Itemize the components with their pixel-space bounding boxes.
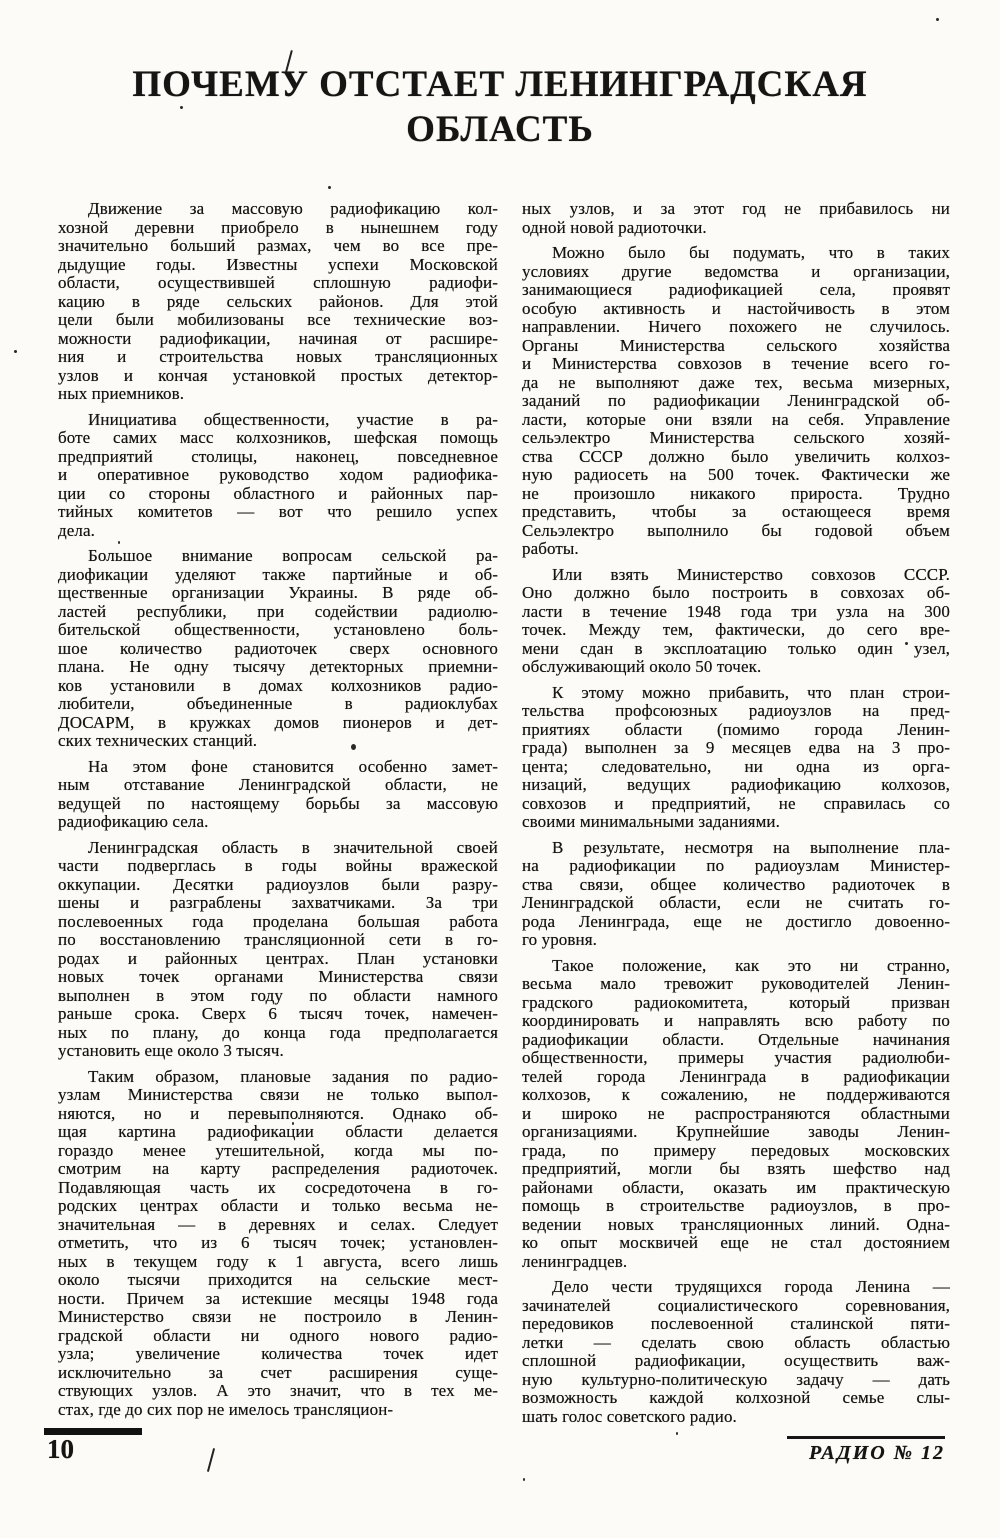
paragraph: Большое внимание вопросам сельской ра-ди… bbox=[58, 547, 498, 751]
text-line: няются, но и перевыполняются. Однако об- bbox=[58, 1105, 498, 1124]
text-line: Таким образом, плановые задания по радио… bbox=[58, 1068, 498, 1087]
text-line: ных приемников. bbox=[58, 385, 498, 404]
text-line: возможность каждой колхозной семье слы- bbox=[522, 1389, 950, 1408]
text-line: организациями. Крупнейшие заводы Ленин- bbox=[522, 1123, 950, 1142]
article-title-line-2: ОБЛАСТЬ bbox=[0, 107, 1000, 152]
text-line: установить еще около 3 тысяч. bbox=[58, 1042, 498, 1061]
paragraph: Ленинградская область в значительной сво… bbox=[58, 839, 498, 1061]
text-line: родских центрах области и только весьма … bbox=[58, 1197, 498, 1216]
text-line: и Министерства совхозов в течение всего … bbox=[522, 355, 950, 374]
text-line: ных узлов, и за этот год не прибавилось … bbox=[522, 200, 950, 219]
text-line: и широко не распространяются областными bbox=[522, 1105, 950, 1124]
text-line: районами области, оказать им практическу… bbox=[522, 1179, 950, 1198]
text-line: ласти, которые они взяли на себя. Управл… bbox=[522, 411, 950, 430]
text-line: исключительно за счет расширения суще- bbox=[58, 1364, 498, 1383]
text-line: по восстановлению трансляционной сети в … bbox=[58, 931, 498, 950]
text-line: ную радиосеть на 500 точек. Фактически ж… bbox=[522, 466, 950, 485]
text-line: ным отставание Ленинградской области, не bbox=[58, 776, 498, 795]
scan-speck bbox=[351, 744, 356, 750]
text-line: В результате, несмотря на выполнение пла… bbox=[522, 839, 950, 858]
text-line: Ленинградская область в значительной сво… bbox=[58, 839, 498, 858]
paragraph: Таким образом, плановые задания по радио… bbox=[58, 1068, 498, 1420]
text-line: ласти в течение 1948 года три узла на 30… bbox=[522, 603, 950, 622]
article-body: Движение за массовую радиофикацию кол-хо… bbox=[58, 200, 950, 1426]
text-line: ков установили в домах колхозников радио… bbox=[58, 677, 498, 696]
text-line: да не выполняют даже тех, весьма мизерны… bbox=[522, 374, 950, 393]
text-line: Такое положение, как это ни странно, bbox=[522, 957, 950, 976]
scan-speck bbox=[328, 186, 331, 189]
paragraph: Можно было бы подумать, что в такихуслов… bbox=[522, 244, 950, 559]
text-line: около тысячи приходится на сельские мест… bbox=[58, 1271, 498, 1290]
paragraph: ных узлов, и за этот год не прибавилось … bbox=[522, 200, 950, 237]
text-line: значительная — в деревнях и селах. Следу… bbox=[58, 1216, 498, 1235]
text-line: мени сдан в эксплоатацию только один узе… bbox=[522, 640, 950, 659]
text-line: стах, где до сих пор не имелось трансляц… bbox=[58, 1401, 498, 1420]
footer-rule-right bbox=[787, 1436, 945, 1439]
text-line: ности. Причем за истекшие месяцы 1948 го… bbox=[58, 1290, 498, 1309]
text-line: града, по примеру передовых московских bbox=[522, 1142, 950, 1161]
text-line: весьма мало тревожит руководителей Ленин… bbox=[522, 975, 950, 994]
paragraph: Движение за массовую радиофикацию кол-хо… bbox=[58, 200, 498, 404]
text-line: предприятий, могли бы взять шефство над bbox=[522, 1160, 950, 1179]
text-line: можности радиофикации, начиная от расшир… bbox=[58, 330, 498, 349]
scan-speck bbox=[676, 1432, 678, 1435]
text-line: занимающиеся радиофикацией села, проявят bbox=[522, 281, 950, 300]
text-line: рода Ленинграда, еще не достигло довоенн… bbox=[522, 913, 950, 932]
text-line: Министерство связи не построило в Ленин- bbox=[58, 1308, 498, 1327]
text-line: Или взять Министерство совхозов СССР. bbox=[522, 566, 950, 585]
text-line: ную культурно-политическую задачу — дать bbox=[522, 1371, 950, 1390]
scan-speck bbox=[118, 541, 120, 544]
text-line: шать голос советского радио. bbox=[522, 1408, 950, 1427]
text-line: не произошло никакого прироста. Трудно bbox=[522, 485, 950, 504]
text-line: точек. Между тем, фактически, до сего вр… bbox=[522, 621, 950, 640]
text-line: передовиков послевоенной сталинской пяти… bbox=[522, 1315, 950, 1334]
magazine-page: ПОЧЕМУ ОТСТАЕТ ЛЕНИНГРАДСКАЯ ОБЛАСТЬ Дви… bbox=[0, 0, 1000, 1538]
scan-speck bbox=[180, 106, 183, 109]
text-line: ных по плану, до конца года предполагает… bbox=[58, 1024, 498, 1043]
text-line: радиофикации области. Отдельные начинани… bbox=[522, 1031, 950, 1050]
text-line: телей города Ленинграда в радиофикации bbox=[522, 1068, 950, 1087]
text-column-left: Движение за массовую радиофикацию кол-хо… bbox=[58, 200, 498, 1426]
text-line: узла; увеличение количества точек идет bbox=[58, 1345, 498, 1364]
text-line: ластей республики, при содействии радиол… bbox=[58, 603, 498, 622]
text-line: выполнен в этом году по области намного bbox=[58, 987, 498, 1006]
paragraph: Такое положение, как это ни странно,весь… bbox=[522, 957, 950, 1272]
text-line: ДОСАРМ, в кружках домов пионеров и дет- bbox=[58, 714, 498, 733]
text-line: ных в текущем году к 1 августа, всего ли… bbox=[58, 1253, 498, 1272]
text-line: обслуживающий около 50 точек. bbox=[522, 658, 950, 677]
text-line: щественные организации Украины. В ряде о… bbox=[58, 584, 498, 603]
text-line: градской области ни одного нового радио- bbox=[58, 1327, 498, 1346]
text-line: отметить, что из 6 тысяч точек; установл… bbox=[58, 1234, 498, 1253]
text-line: родах и районных центрах. План установки bbox=[58, 950, 498, 969]
scan-speck bbox=[936, 18, 939, 21]
scan-speck bbox=[14, 350, 17, 353]
text-line: общественности, примеры участия радиолюб… bbox=[522, 1049, 950, 1068]
text-line: ния и строительства новых трансляционных bbox=[58, 348, 498, 367]
text-line: тийных комитетов — вот что решило успех bbox=[58, 503, 498, 522]
text-line: ведущей по настоящему борьбы за массовую bbox=[58, 795, 498, 814]
text-line: ства СССР должно было увеличить колхоз- bbox=[522, 448, 950, 467]
text-line: условиях другие ведомства и организации, bbox=[522, 263, 950, 282]
scan-speck bbox=[292, 1122, 294, 1125]
page-number: 10 bbox=[47, 1434, 74, 1464]
text-line: одной новой радиоточки. bbox=[522, 219, 950, 238]
text-line: хозной деревни приобрело в нынешнем году bbox=[58, 219, 498, 238]
paragraph: Дело чести трудящихся города Ленина —зач… bbox=[522, 1278, 950, 1426]
text-line: дела. bbox=[58, 522, 498, 541]
text-line: ции со стороны областного и районных пар… bbox=[58, 485, 498, 504]
text-line: Органы Министерства сельского хозяйства bbox=[522, 337, 950, 356]
text-line: области, осуществившей сплошную радиофи- bbox=[58, 274, 498, 293]
text-line: части подверглась в годы войны вражеской bbox=[58, 857, 498, 876]
scan-speck bbox=[523, 1478, 525, 1481]
text-line: градского радиокомитета, который призван bbox=[522, 994, 950, 1013]
text-line: го уровня. bbox=[522, 931, 950, 950]
text-line: плана. Не одну тысячу детекторных приемн… bbox=[58, 658, 498, 677]
text-line: приятиях области (помимо города Ленин- bbox=[522, 721, 950, 740]
text-line: заданий по радиофикации Ленинградской об… bbox=[522, 392, 950, 411]
text-line: диофикации уделяют также партийные и об- bbox=[58, 566, 498, 585]
text-line: своими минимальными заданиями. bbox=[522, 813, 950, 832]
text-line: дыдущие годы. Известны успехи Московской bbox=[58, 256, 498, 275]
text-line: на радиофикации по радиоузлам Министер- bbox=[522, 857, 950, 876]
text-line: предприятий столицы, наконец, повседневн… bbox=[58, 448, 498, 467]
text-line: совхозов и предприятий, не справилась со bbox=[522, 795, 950, 814]
text-line: Оно должно было построить в совхозах об- bbox=[522, 584, 950, 603]
text-line: ства связи, общее количество радиоточек … bbox=[522, 876, 950, 895]
text-line: и оперативное руководство ходом радиофик… bbox=[58, 466, 498, 485]
text-line: узлам Министерства связи не только выпол… bbox=[58, 1086, 498, 1105]
text-line: цели были мобилизованы все технические в… bbox=[58, 311, 498, 330]
text-column-right: ных узлов, и за этот год не прибавилось … bbox=[522, 200, 950, 1426]
text-line: работы. bbox=[522, 540, 950, 559]
text-line: кацию в ряде сельских районов. Для этой bbox=[58, 293, 498, 312]
text-line: ленинградцев. bbox=[522, 1253, 950, 1272]
scan-speck bbox=[905, 642, 908, 645]
text-line: Сельэлектро выполнило бы годовой объем bbox=[522, 522, 950, 541]
text-line: гораздо менее утешительной, когда мы по- bbox=[58, 1142, 498, 1161]
text-line: На этом фоне становится особенно замет- bbox=[58, 758, 498, 777]
paragraph: Или взять Министерство совхозов СССР.Оно… bbox=[522, 566, 950, 677]
text-line: Движение за массовую радиофикацию кол- bbox=[58, 200, 498, 219]
text-line: смотрим на карту распределения радиоточе… bbox=[58, 1160, 498, 1179]
text-line: представить, чтобы за остающееся время bbox=[522, 503, 950, 522]
paragraph: На этом фоне становится особенно замет-н… bbox=[58, 758, 498, 832]
text-line: тельства профсоюзных радиоузлов на пред- bbox=[522, 702, 950, 721]
text-line: координировать и направлять всю работу п… bbox=[522, 1012, 950, 1031]
text-line: зачинателей социалистического соревнован… bbox=[522, 1297, 950, 1316]
text-line: сплошной радиофикации, осуществить важ- bbox=[522, 1352, 950, 1371]
text-line: сельэлектро Министерства сельского хозяй… bbox=[522, 429, 950, 448]
text-line: низаций, ведущих радиофикацию колхозов, bbox=[522, 776, 950, 795]
text-line: радиофикацию села. bbox=[58, 813, 498, 832]
text-line: Подавляющая часть их сосредоточена в го- bbox=[58, 1179, 498, 1198]
text-line: помощь в строительстве радиоузлов, в про… bbox=[522, 1197, 950, 1216]
article-title-line-1: ПОЧЕМУ ОТСТАЕТ ЛЕНИНГРАДСКАЯ bbox=[0, 62, 1000, 107]
text-line: узлов и кончая установкой простых детект… bbox=[58, 367, 498, 386]
text-line: бительской общественности, установлено б… bbox=[58, 621, 498, 640]
text-line: Можно было бы подумать, что в таких bbox=[522, 244, 950, 263]
text-line: раньше срока. Сверх 6 тысяч точек, намеч… bbox=[58, 1005, 498, 1024]
journal-issue-label: РАДИО № 12 bbox=[809, 1442, 945, 1465]
text-line: новых точек органами Министерства связи bbox=[58, 968, 498, 987]
text-line: особую активность и настойчивость в этом bbox=[522, 300, 950, 319]
text-line: шое количество радиоточек сверх основног… bbox=[58, 640, 498, 659]
text-line: ских технических станций. bbox=[58, 732, 498, 751]
text-line: цента; следовательно, ни одна из орга- bbox=[522, 758, 950, 777]
scan-stray-mark bbox=[207, 1448, 215, 1472]
article-title: ПОЧЕМУ ОТСТАЕТ ЛЕНИНГРАДСКАЯ ОБЛАСТЬ bbox=[0, 62, 1000, 152]
text-line: града) выполнен за 9 месяцев едва на 3 п… bbox=[522, 739, 950, 758]
text-line: шены и разграблены захватчиками. За три bbox=[58, 894, 498, 913]
text-line: боте самих масс колхозников, шефская пом… bbox=[58, 429, 498, 448]
text-line: ведении новых трансляционных линий. Одна… bbox=[522, 1216, 950, 1235]
text-line: летки — сделать свою область областью bbox=[522, 1334, 950, 1353]
text-line: щая картина радиофикации области делаетс… bbox=[58, 1123, 498, 1142]
text-line: направлении. Ничего похожего не случилос… bbox=[522, 318, 950, 337]
text-line: Дело чести трудящихся города Ленина — bbox=[522, 1278, 950, 1297]
text-line: колхозов, к сожалению, не поддерживаются bbox=[522, 1086, 950, 1105]
text-line: Инициатива общественности, участие в ра- bbox=[58, 411, 498, 430]
paragraph: К этому можно прибавить, что план строи-… bbox=[522, 684, 950, 832]
text-line: послевоенных года проделана большая рабо… bbox=[58, 913, 498, 932]
text-line: Большое внимание вопросам сельской ра- bbox=[58, 547, 498, 566]
text-line: ствующих узлов. А это значит, что в тех … bbox=[58, 1382, 498, 1401]
paragraph: Инициатива общественности, участие в ра-… bbox=[58, 411, 498, 541]
text-line: Ленинградской области, если не считать г… bbox=[522, 894, 950, 913]
text-line: значительно больший размах, чем во все п… bbox=[58, 237, 498, 256]
text-line: любители, объединенные в радиоклубах bbox=[58, 695, 498, 714]
paragraph: В результате, несмотря на выполнение пла… bbox=[522, 839, 950, 950]
text-line: ко опыт москвичей еще не стал достоянием bbox=[522, 1234, 950, 1253]
text-line: К этому можно прибавить, что план строи- bbox=[522, 684, 950, 703]
text-line: оккупации. Десятки радиоузлов были разру… bbox=[58, 876, 498, 895]
